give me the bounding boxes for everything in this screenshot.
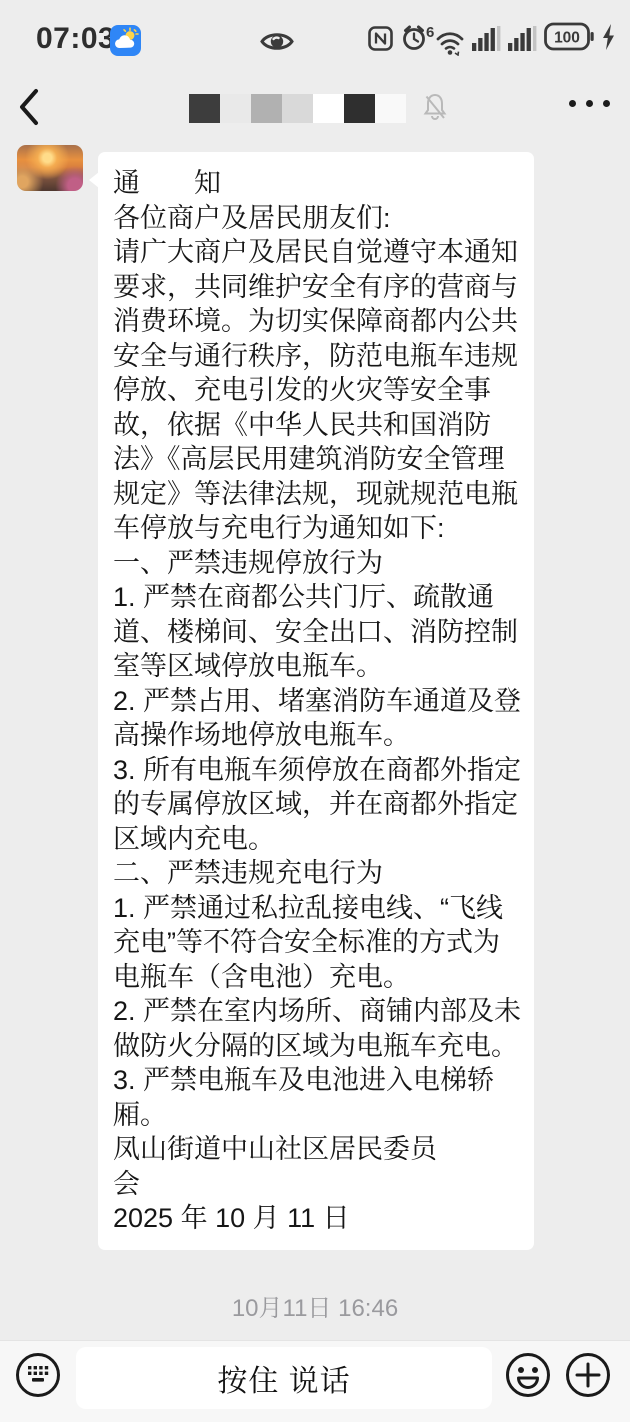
message-line: 请广大商户及居民自觉遵守本通知 bbox=[113, 235, 519, 270]
redacted-block bbox=[220, 94, 251, 123]
message-line: 法》《高层民用建筑消防安全管理 bbox=[113, 442, 519, 477]
status-icons-group: 6 bbox=[368, 24, 616, 56]
message-line: 2. 严禁在室内场所、商铺内部及未 bbox=[113, 994, 519, 1029]
message-line: 1. 严禁通过私拉乱接电线、“飞线 bbox=[113, 891, 519, 926]
wifi-6-icon: 6 bbox=[435, 30, 465, 56]
message-line: 充电”等不符合安全标准的方式为 bbox=[113, 925, 519, 960]
message-line: 一、严禁违规停放行为 bbox=[113, 546, 519, 581]
wifi-standard-label: 6 bbox=[426, 24, 434, 41]
message-line: 高操作场地停放电瓶车。 bbox=[113, 718, 519, 753]
alarm-icon bbox=[400, 24, 428, 56]
sender-avatar[interactable] bbox=[17, 145, 83, 191]
message-line: 3. 严禁电瓶车及电池进入电梯轿 bbox=[113, 1063, 519, 1098]
message-line: 车停放与充电行为通知如下: bbox=[113, 511, 519, 546]
chat-title-redacted bbox=[189, 94, 406, 123]
message-line: 消费环境。为切实保障商都内公共 bbox=[113, 304, 519, 339]
message-line: 电瓶车（含电池）充电。 bbox=[113, 960, 519, 995]
redacted-block bbox=[189, 94, 220, 123]
chat-input-bar: 按住 说话 bbox=[0, 1340, 630, 1422]
message-line: 2. 严禁占用、堵塞消防车通道及登 bbox=[113, 684, 519, 719]
message-line: 凤山街道中山社区居民委员 bbox=[113, 1132, 519, 1167]
battery-level: 100 bbox=[554, 30, 580, 47]
more-dots-icon bbox=[569, 100, 576, 107]
message-line: 厢。 bbox=[113, 1098, 519, 1133]
message-line: 停放、充电引发的火灾等安全事 bbox=[113, 373, 519, 408]
redacted-block bbox=[313, 94, 344, 123]
back-chevron-icon bbox=[16, 87, 42, 130]
chat-screen: 07:03 bbox=[0, 0, 630, 1422]
message-line: 规定》等法律法规，现就规范电瓶 bbox=[113, 477, 519, 512]
charging-bolt-icon bbox=[601, 23, 616, 56]
hold-to-talk-button[interactable]: 按住 说话 bbox=[76, 1347, 492, 1409]
redacted-block bbox=[251, 94, 282, 123]
message-line: 做防火分隔的区域为电瓶车充电。 bbox=[113, 1029, 519, 1064]
bell-muted-icon bbox=[422, 92, 448, 127]
message-line: 2025 年 10 月 11 日 bbox=[113, 1201, 519, 1236]
message-line: 1. 严禁在商都公共门厅、疏散通 bbox=[113, 580, 519, 615]
nfc-icon bbox=[368, 26, 393, 56]
message-line: 室等区域停放电瓶车。 bbox=[113, 649, 519, 684]
clock-time: 07:03 bbox=[36, 22, 115, 56]
keyboard-icon bbox=[14, 1387, 62, 1402]
eye-comfort-icon bbox=[260, 28, 294, 60]
message-line: 区域内充电。 bbox=[113, 822, 519, 857]
bubble-tail bbox=[89, 172, 99, 188]
message-line: 道、楼梯间、安全出口、消防控制 bbox=[113, 615, 519, 650]
signal-sim2-icon bbox=[508, 24, 537, 56]
message-line: 二、严禁违规充电行为 bbox=[113, 856, 519, 891]
emoji-button[interactable] bbox=[504, 1351, 552, 1399]
redacted-block bbox=[344, 94, 375, 123]
message-line: 的专属停放区域，并在商都外指定 bbox=[113, 787, 519, 822]
keyboard-toggle-button[interactable] bbox=[14, 1351, 62, 1399]
signal-sim1-icon bbox=[472, 24, 501, 56]
message-line: 故，依据《中华人民共和国消防 bbox=[113, 408, 519, 443]
message-line: 各位商户及居民朋友们: bbox=[113, 201, 519, 236]
message-text: 通 知各位商户及居民朋友们:请广大商户及居民自觉遵守本通知要求，共同维护安全有序… bbox=[113, 166, 519, 1236]
redacted-block bbox=[375, 94, 406, 123]
more-attachments-button[interactable] bbox=[564, 1351, 612, 1399]
battery-icon: 100 bbox=[544, 22, 594, 56]
message-line: 通 知 bbox=[113, 166, 519, 201]
more-options-button[interactable] bbox=[569, 100, 610, 107]
weather-app-icon bbox=[110, 25, 141, 61]
status-bar: 07:03 bbox=[0, 0, 630, 70]
nav-bar bbox=[0, 70, 630, 142]
message-line: 要求，共同维护安全有序的营商与 bbox=[113, 270, 519, 305]
emoji-smiley-icon bbox=[504, 1387, 552, 1402]
redacted-block bbox=[282, 94, 313, 123]
message-timestamp: 10月11日 16:46 bbox=[0, 1288, 630, 1323]
message-line: 3. 所有电瓶车须停放在商都外指定 bbox=[113, 753, 519, 788]
message-bubble[interactable]: 通 知各位商户及居民朋友们:请广大商户及居民自觉遵守本通知要求，共同维护安全有序… bbox=[98, 152, 534, 1250]
plus-icon bbox=[564, 1387, 612, 1402]
message-line: 会 bbox=[113, 1167, 519, 1202]
back-button[interactable] bbox=[16, 86, 50, 130]
message-line: 安全与通行秩序，防范电瓶车违规 bbox=[113, 339, 519, 374]
